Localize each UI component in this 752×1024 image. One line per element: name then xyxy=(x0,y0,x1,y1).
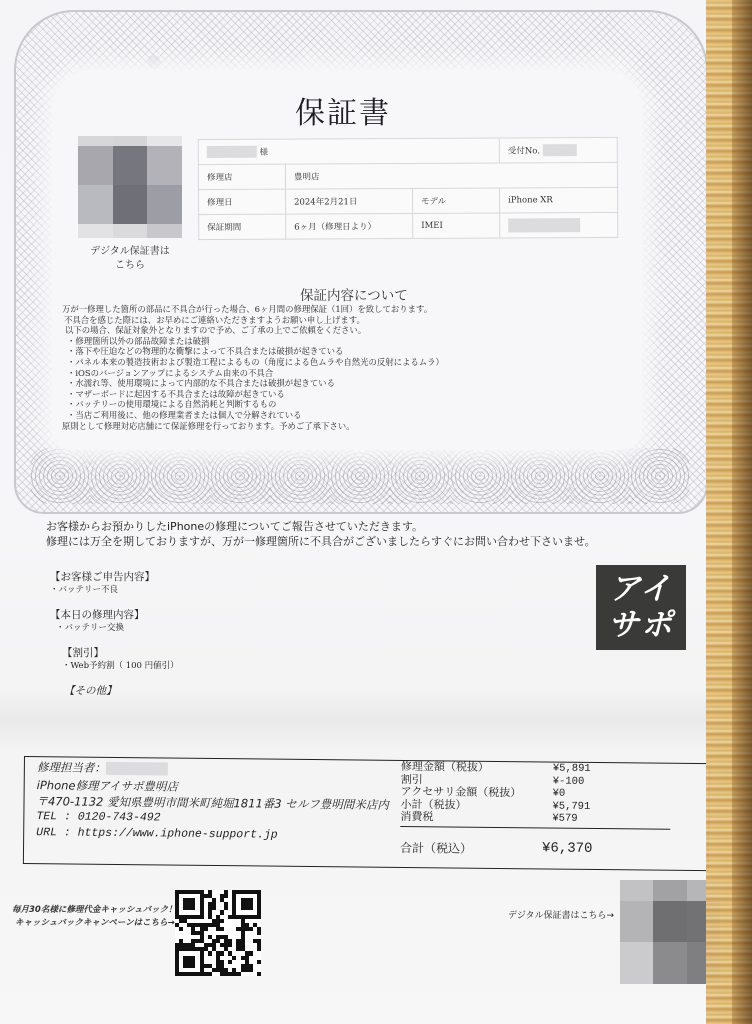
amount-divider xyxy=(400,825,670,829)
amount-row: 消費税¥579 xyxy=(400,811,700,827)
blurred-digital-warranty-qr-bottom[interactable] xyxy=(620,880,720,984)
imei-value xyxy=(500,212,618,238)
leaf-ornament-band xyxy=(30,448,690,504)
exclusion-item: ・iOSのバージョンアップによるシステム由来の不具合 xyxy=(62,368,582,379)
exclusion-item: ・水濡れ等、使用環境によって内部的な不具合または破損が起きている xyxy=(62,378,582,389)
digital-warranty-link-label: デジタル保証書はこちら→ xyxy=(508,908,614,921)
blurred-digital-warranty-qr[interactable] xyxy=(78,136,182,238)
repair-details: 【お客様ご申告内容】 ・バッテリー不良 【本日の修理内容】 ・バッテリー交換 【… xyxy=(50,570,179,698)
shop-url[interactable]: URL : https://www.iphone-support.jp xyxy=(36,825,388,845)
model-label: モデル xyxy=(412,188,499,213)
warranty-heading: 保証内容について xyxy=(300,288,582,304)
redacted-receipt-no xyxy=(543,144,577,156)
warranty-intro-line: 以下の場合、保証対象外となりますので予め、ご了承の上でご依頼をください。 xyxy=(62,325,582,336)
warranty-info-table: 様 受付No. 修理店 豊明店 修理日 2024年2月21日 モデル iPhon… xyxy=(198,137,619,240)
amount-value: ¥5,791 xyxy=(552,800,590,813)
amount-breakdown: 修理金額（税抜）¥5,891 割引¥-100 アクセサリ金額（税抜）¥0 小計（… xyxy=(400,761,701,859)
customer-suffix: 様 xyxy=(259,147,268,157)
section-value-repair-content: ・バッテリー交換 xyxy=(50,622,179,634)
isapo-logo: アイ サポ xyxy=(596,565,686,650)
warranty-terms: 保証内容について 万が一修理した箇所の部品に不具合が行った場合、6ヶ月間の修理保… xyxy=(62,288,582,431)
section-heading-repair-content: 【本日の修理内容】 xyxy=(50,608,179,622)
warranty-period-value: 6ヶ月（修理日より） xyxy=(286,213,413,239)
total-value: ¥6,370 xyxy=(542,840,593,858)
redacted-imei xyxy=(508,218,580,232)
repair-date-value: 2024年2月21日 xyxy=(286,188,413,214)
table-row: 様 受付No. xyxy=(198,137,617,164)
model-value: iPhone XR xyxy=(499,187,617,213)
receipt-no-cell: 受付No. xyxy=(499,137,617,163)
shop-info: 修理担当者： iPhone修理アイサポ豊明店 〒470-1132 愛知県豊明市間… xyxy=(36,759,389,845)
total-label: 合計（税込） xyxy=(400,838,552,857)
amount-value: ¥579 xyxy=(552,813,577,826)
exclusion-item: ・パネル本来の製造技術および製造工程によるもの（角度による色ムラや自然光の反射に… xyxy=(62,357,582,368)
section-heading-customer-report: 【お客様ご申告内容】 xyxy=(50,570,179,584)
warranty-paper: 保証書 デジタル保証書は こちら 様 受付No. 修理店 豊明店 修理日 202… xyxy=(0,0,706,1024)
document-title: 保証書 xyxy=(295,88,391,132)
cashback-line-1: 毎月30名様に修理代金キャッシュバック！ xyxy=(12,904,177,917)
report-line-1: お客様からお預かりしたiPhoneの修理についてご報告させていただきます。 xyxy=(46,519,596,534)
section-heading-discount: 【割引】 xyxy=(50,646,179,660)
report-line-2: 修理には万全を期しておりますが、万が一修理箇所に不具合がございましたらすぐにお問… xyxy=(46,534,596,549)
section-value-discount: ・Web予約割（ 100 円値引） xyxy=(50,660,179,672)
section-value-customer-report: ・バッテリー不良 xyxy=(50,584,179,596)
exclusion-item: ・修理箇所以外の部品故障または破損 xyxy=(62,336,582,347)
receipt-box: 修理担当者： iPhone修理アイサポ豊明店 〒470-1132 愛知県豊明市間… xyxy=(23,756,710,871)
amount-value: ¥0 xyxy=(553,788,566,801)
amount-label: 消費税 xyxy=(400,811,552,825)
cashback-line-2: キャッシュバックキャンペーンはこちら→ xyxy=(12,917,177,930)
exclusion-item: ・バッテリーの使用環境による自然消耗と判断するもの xyxy=(62,399,582,410)
imei-label: IMEI xyxy=(413,213,500,238)
cashback-qr-code[interactable] xyxy=(175,890,261,976)
wooden-table-shadow xyxy=(732,0,752,1024)
repair-date-label: 修理日 xyxy=(199,189,286,214)
warranty-period-label: 保証期間 xyxy=(199,214,286,239)
staff-label: 修理担当者： xyxy=(37,760,106,775)
shop-value: 豊明店 xyxy=(285,162,617,189)
exclusion-item: ・当店ご利用後に、他の修理業者または個人で分解されている xyxy=(62,410,582,421)
receipt-no-label: 受付No. xyxy=(508,146,540,156)
caption-line-1: デジタル保証書は xyxy=(80,245,180,259)
exclusion-item: ・マザーボードに起因する不具合または故障が起きている xyxy=(62,389,582,400)
warranty-intro-line: 万が一修理した箇所の部品に不具合が行った場合、6ヶ月間の修理保証（1回）を致して… xyxy=(62,304,582,315)
warranty-intro-line: 不具合を感じた際には、お早めにご連絡いただきますようお願い申し上げます。 xyxy=(62,315,582,326)
customer-name-cell: 様 xyxy=(198,138,499,165)
redacted-staff-name xyxy=(106,762,168,776)
warranty-closing: 原則として修理対応店舗にて保証修理を行っております。予めご了承下さい。 xyxy=(62,421,582,432)
caption-line-2: こちら xyxy=(80,259,180,273)
logo-line-2: サポ xyxy=(596,607,686,643)
amount-value: ¥5,891 xyxy=(553,763,591,776)
exclusion-item: ・落下や圧迫などの物理的な衝撃によって不具合または破損が起きている xyxy=(62,346,582,357)
cashback-campaign: 毎月30名様に修理代金キャッシュバック！ キャッシュバックキャンペーンはこちら→ xyxy=(12,904,177,930)
amount-value: ¥-100 xyxy=(553,775,585,788)
table-row: 修理日 2024年2月21日 モデル iPhone XR xyxy=(199,187,618,214)
table-row: 修理店 豊明店 xyxy=(198,162,617,189)
total-row: 合計（税込）¥6,370 xyxy=(400,838,700,858)
section-heading-other: 【その他】 xyxy=(50,684,179,698)
table-row: 保証期間 6ヶ月（修理日より） IMEI xyxy=(199,212,618,239)
logo-line-1: アイ xyxy=(596,571,686,607)
shop-label: 修理店 xyxy=(198,164,285,189)
digital-warranty-caption: デジタル保証書は こちら xyxy=(80,245,180,273)
repair-report-message: お客様からお預かりしたiPhoneの修理についてご報告させていただきます。 修理… xyxy=(46,519,596,549)
redacted-customer-name xyxy=(207,146,257,158)
